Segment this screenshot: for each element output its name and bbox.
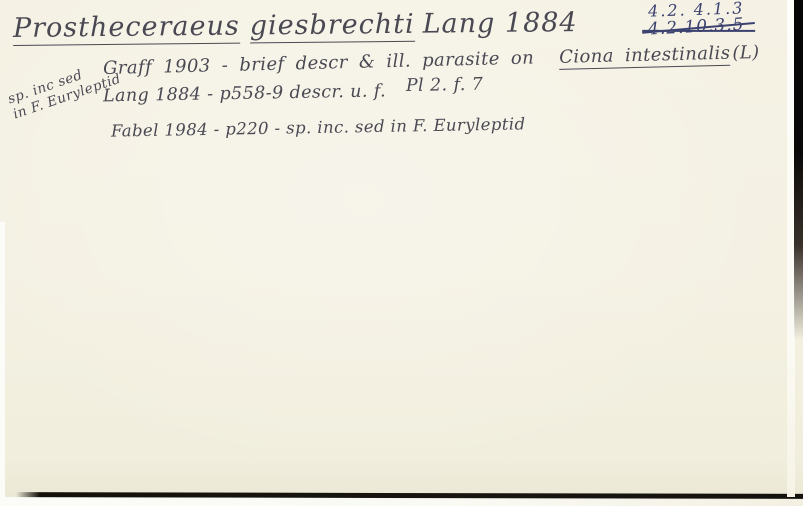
- host-species-authority: (L): [732, 42, 760, 64]
- note-fabel: sp. inc. sed in F. Euryleptid: [286, 114, 526, 137]
- note-graff: brief descr & ill. parasite on: [239, 47, 534, 75]
- authority: Lang 1884: [422, 7, 577, 40]
- reference-entry-lang: Lang 1884 - p558-9 descr. u. f.Pl 2. f. …: [103, 80, 484, 107]
- species-epithet: giesbrechti: [250, 9, 415, 44]
- species-title: ProstheceraeusgiesbrechtiLang 1884: [13, 7, 578, 44]
- background-right-dark-edge: [794, 0, 803, 340]
- reference-entry-fabel: Fabel 1984 - p220 - sp. inc. sed in F. E…: [111, 114, 526, 140]
- citation-lang: Lang 1884 - p558-9: [103, 83, 284, 106]
- citation-fabel: Fabel 1984 - p220 -: [111, 119, 281, 141]
- card-photograph: 4.2. 4.1.3 4.2.10.3.5 Prostheceraeusgies…: [0, 0, 803, 506]
- index-card: 4.2. 4.1.3 4.2.10.3.5 Prostheceraeusgies…: [0, 0, 803, 497]
- catalog-numbers: 4.2. 4.1.3 4.2.10.3.5: [648, 2, 745, 37]
- note-lang: descr. u. f.: [289, 81, 386, 103]
- reference-entry-graff: Graff 1903 - brief descr & ill. parasite…: [103, 42, 760, 79]
- photo-left-border: [0, 222, 5, 497]
- catalog-number-crossed-out: 4.2.10.3.5: [648, 16, 745, 39]
- figure-reference: Pl 2. f. 7: [406, 75, 484, 96]
- citation-graff: Graff 1903 -: [103, 55, 229, 79]
- genus-name: Prostheceraeus: [13, 11, 240, 46]
- host-species: Ciona intestinalis: [559, 43, 731, 70]
